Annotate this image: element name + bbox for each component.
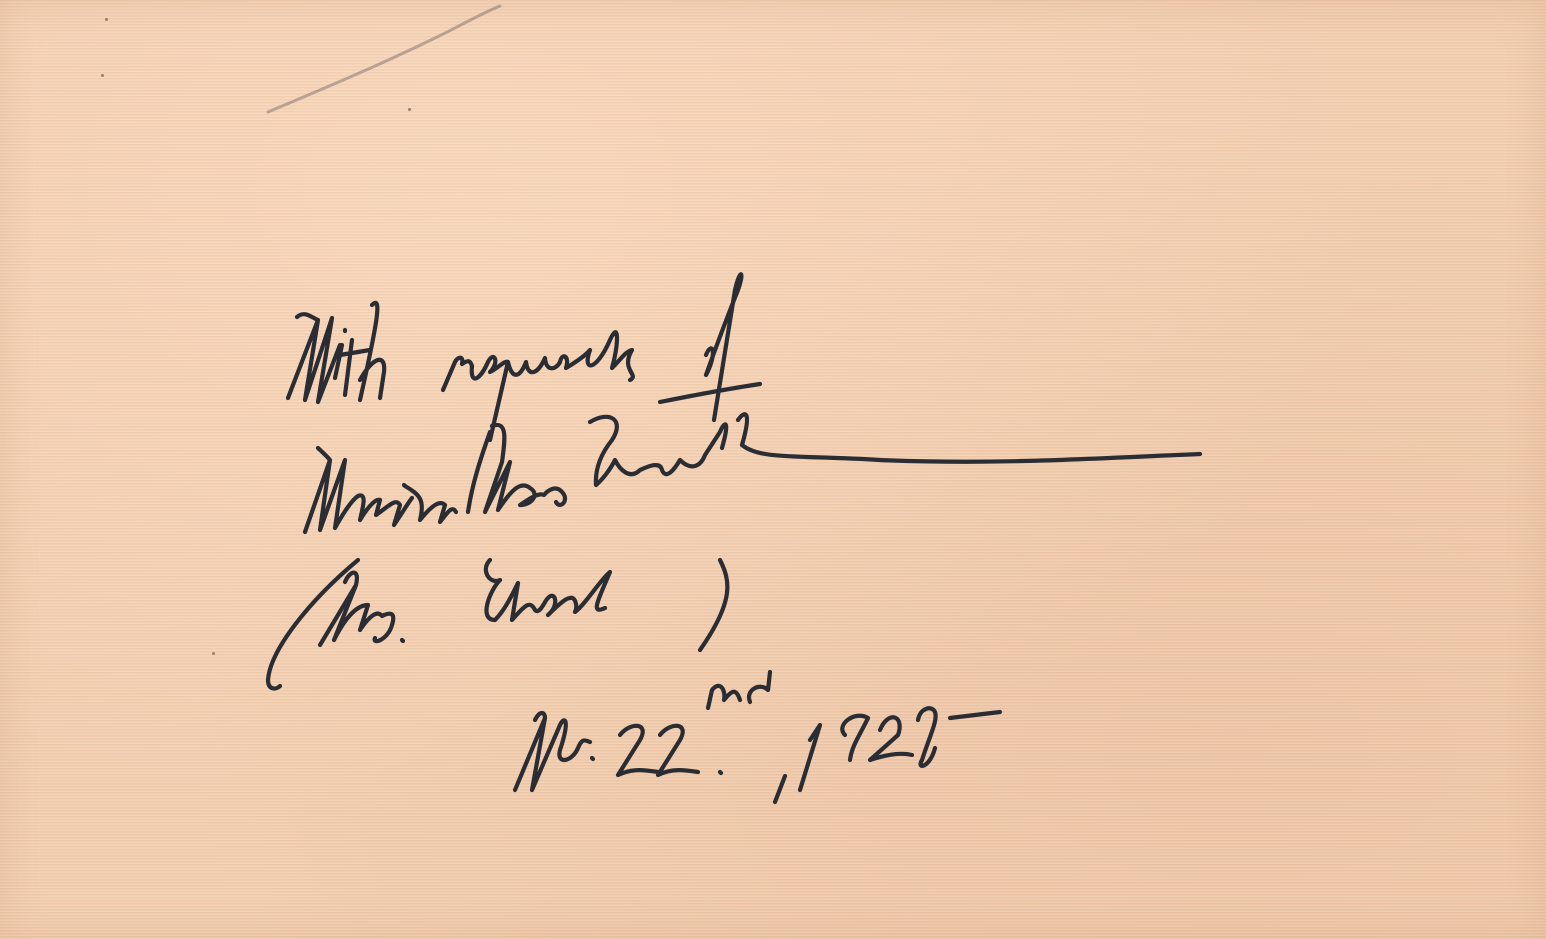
autograph-card: With regards of Marian MacDowell (Mrs. E… <box>0 0 1546 939</box>
handwritten-line-honorific: (Mrs. Edward) <box>262 575 793 659</box>
handwritten-line-greeting: With regards of <box>285 310 935 405</box>
handwritten-line-date: Nov. 22nd, 1928 — <box>495 690 1283 785</box>
handwritten-line-signature: Marian MacDowell <box>320 430 1111 525</box>
